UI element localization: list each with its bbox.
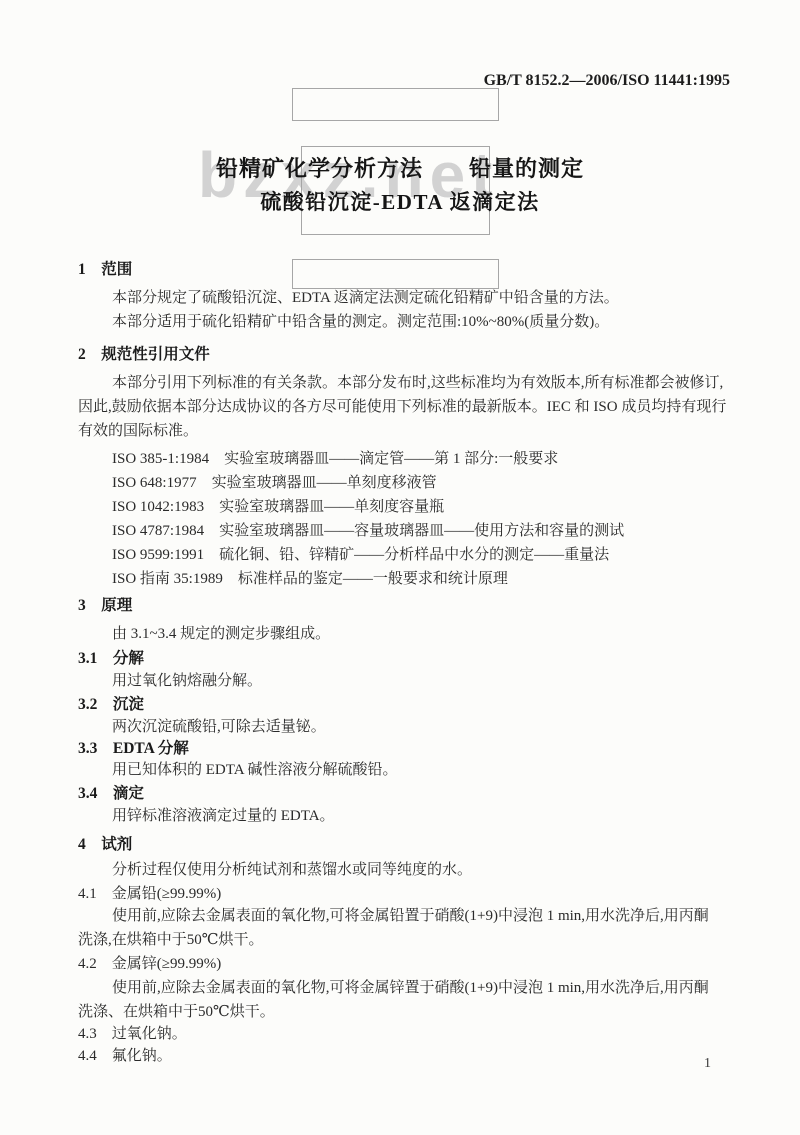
para-decomposition: 用过氧化钠熔融分解。	[112, 673, 262, 690]
para-precipitation: 两次沉淀硫酸铅,可除去适量铋。	[112, 719, 326, 736]
para-zinc-prep-1: 使用前,应除去金属表面的氧化物,可将金属锌置于硝酸(1+9)中浸泡 1 min,…	[112, 980, 709, 997]
document-title-line2: 硫酸铅沉淀-EDTA 返滴定法	[0, 186, 800, 216]
para-refs-3: 有效的国际标准。	[78, 423, 198, 440]
heading-decomposition: 3.1 分解	[78, 650, 144, 667]
para-principle: 由 3.1~3.4 规定的测定步骤组成。	[112, 626, 330, 643]
para-refs-1: 本部分引用下列标准的有关条款。本部分发布时,这些标准均为有效版本,所有标准都会被…	[112, 375, 723, 392]
ref-iso-385-1: ISO 385-1:1984 实验室玻璃器皿——滴定管——第 1 部分:一般要求	[112, 451, 558, 468]
heading-precipitation: 3.2 沉淀	[78, 696, 144, 713]
para-edta-dissolution: 用已知体积的 EDTA 碱性溶液分解硫酸铅。	[112, 762, 397, 779]
para-zinc-prep-2: 洗涤、在烘箱中于50℃烘干。	[78, 1004, 275, 1021]
page-number: 1	[704, 1056, 711, 1072]
para-reagents-intro: 分析过程仅使用分析纯试剂和蒸馏水或同等纯度的水。	[112, 862, 472, 879]
para-titration: 用锌标准溶液滴定过量的 EDTA。	[112, 808, 335, 825]
ref-iso-4787: ISO 4787:1984 实验室玻璃器皿——容量玻璃器皿——使用方法和容量的测…	[112, 523, 624, 540]
para-refs-2: 因此,鼓励依据本部分达成协议的各方尽可能使用下列标准的最新版本。IEC 和 IS…	[78, 399, 726, 416]
ref-iso-9599: ISO 9599:1991 硫化铜、铅、锌精矿——分析样品中水分的测定——重量法	[112, 547, 609, 564]
scanned-standard-page: bzxz.net GB/T 8152.2—2006/ISO 11441:1995…	[0, 0, 800, 1135]
para-lead-prep-1: 使用前,应除去金属表面的氧化物,可将金属铅置于硝酸(1+9)中浸泡 1 min,…	[112, 908, 709, 925]
heading-reagents: 4 试剂	[78, 836, 132, 853]
empty-stamp-box-top	[292, 88, 499, 121]
heading-titration: 3.4 滴定	[78, 785, 144, 802]
ref-iso-guide-35: ISO 指南 35:1989 标准样品的鉴定——一般要求和统计原理	[112, 571, 508, 588]
para-scope-1: 本部分规定了硫酸铅沉淀、EDTA 返滴定法测定硫化铅精矿中铅含量的方法。	[112, 290, 619, 307]
standard-number: GB/T 8152.2—2006/ISO 11441:1995	[484, 72, 730, 90]
item-sodium-fluoride: 4.4 氟化钠。	[78, 1048, 172, 1065]
ref-iso-1042: ISO 1042:1983 实验室玻璃器皿——单刻度容量瓶	[112, 499, 444, 516]
para-scope-2: 本部分适用于硫化铅精矿中铅含量的测定。测定范围:10%~80%(质量分数)。	[112, 314, 609, 331]
heading-normative-refs: 2 规范性引用文件	[78, 346, 210, 363]
document-title-line1: 铅精矿化学分析方法 铅量的测定	[0, 152, 800, 183]
para-lead-prep-2: 洗涤,在烘箱中于50℃烘干。	[78, 932, 264, 949]
heading-edta-dissolution: 3.3 EDTA 分解	[78, 740, 189, 757]
empty-stamp-box-scope	[292, 259, 499, 289]
heading-principle: 3 原理	[78, 597, 132, 614]
item-sodium-peroxide: 4.3 过氧化钠。	[78, 1026, 187, 1043]
item-zinc-metal: 4.2 金属锌(≥99.99%)	[78, 956, 221, 973]
heading-scope: 1 范围	[78, 261, 132, 278]
item-lead-metal: 4.1 金属铅(≥99.99%)	[78, 886, 221, 903]
ref-iso-648: ISO 648:1977 实验室玻璃器皿——单刻度移液管	[112, 475, 437, 492]
